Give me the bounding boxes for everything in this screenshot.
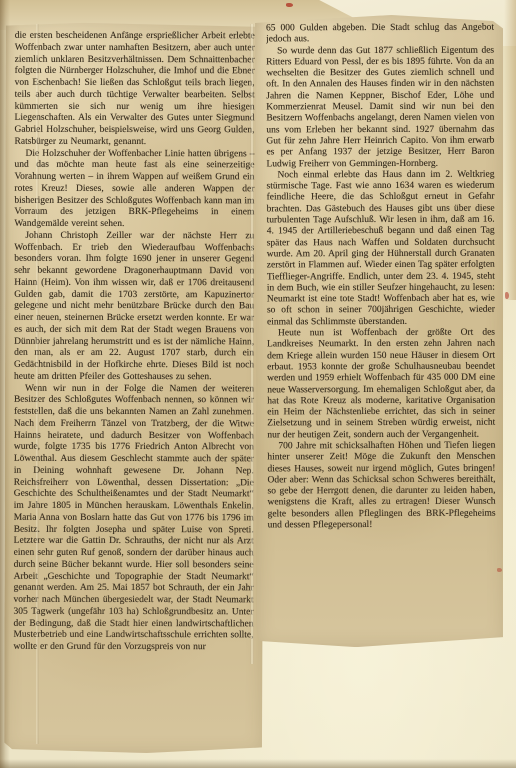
article-paragraph: Heute nun ist Woffenbach der größte Ort … [267, 328, 495, 442]
article-paragraph: die ersten bescheidenen Anfänge ersprieß… [15, 31, 255, 149]
article-paragraph: 65 000 Gulden abgeben. Die Stadt schlug … [266, 23, 494, 46]
page-left-edge-shadow [0, 0, 10, 768]
article-right-column: 65 000 Gulden abgeben. Die Stadt schlug … [266, 23, 496, 636]
article-paragraph: 700 Jahre mit schicksalhaften Höhen und … [267, 441, 495, 532]
article-paragraph: Die Holzschuher der Woffenbacher Linie h… [14, 148, 254, 231]
newspaper-clipping-right-piece: 65 000 Gulden abgeben. Die Stadt schlug … [255, 15, 505, 648]
page-right-edge-shadow [504, 0, 516, 300]
article-left-column: die ersten bescheidenen Anfänge ersprieß… [13, 31, 254, 744]
red-mark [497, 568, 502, 572]
article-paragraph: Johann Christoph Zeiller war der nächste… [14, 230, 254, 383]
red-mark [505, 292, 509, 299]
scrapbook-page: die ersten bescheidenen Anfänge ersprieß… [0, 0, 516, 768]
article-paragraph: Noch einmal erlebte das Haus dann im 2. … [266, 169, 494, 328]
newspaper-clipping-left-piece: die ersten bescheidenen Anfänge ersprieß… [4, 23, 265, 754]
article-paragraph: So wurde denn das Gut 1877 schließlich E… [266, 45, 494, 170]
article-paragraph: Wenn wir nun in der Folge die Namen der … [13, 383, 254, 654]
page-bottom-edge-shadow [0, 759, 516, 768]
red-mark [286, 3, 293, 7]
